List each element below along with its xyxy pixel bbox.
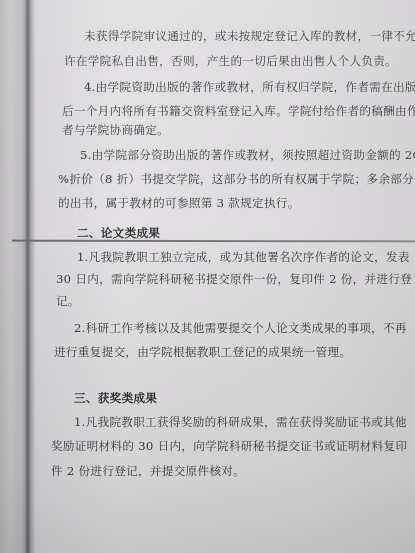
paragraph-line: 后一个月内将所有书籍交资料室登记入库。学院付给作者的稿酬由作 xyxy=(62,103,415,119)
paragraph-line: 进行重复提交，由学院根据教职工登记的成果统一管理。 xyxy=(54,344,351,360)
paragraph-line: 记。 xyxy=(56,293,80,309)
paragraph-line: 5.由学院部分资助出版的著作或教材，须按照超过资助金额的 20 xyxy=(80,147,415,163)
document-page: 未获得学院审议通过的，或未按规定登记入库的教材，一律不允 许在学院私自出售，否则… xyxy=(0,0,415,553)
section-divider xyxy=(12,240,415,242)
paragraph-line: 未获得学院审议通过的，或未按规定登记入库的教材，一律不允 xyxy=(84,28,415,44)
section-heading: 二、论文类成果 xyxy=(77,225,160,241)
paragraph-line: 1.凡我院教职工获得奖励的科研成果，需在获得奖励证书或其他 xyxy=(74,414,407,430)
paragraph-line: 者与学院协商确定。 xyxy=(62,122,169,138)
paragraph-line: 许在学院私自出售，否则，产生的一切后果由出售人个人负责。 xyxy=(64,53,397,69)
paragraph-line: 件 2 份进行登记，并提交原件核对。 xyxy=(51,463,245,479)
paragraph-line: 奖励证明材料的 30 日内，向学院科研秘书提交证书或证明材料复印 xyxy=(51,438,407,454)
paragraph-line: 30 日内，需向学院科研秘书提交原件一份，复印件 2 份，并进行登 xyxy=(56,271,412,287)
paragraph-line: 的出书，属于教材的可参照第 3 款规定执行。 xyxy=(58,195,300,211)
paragraph-line: %折价（8 折）书提交学院，这部分书的所有权属于学院；多余部分 xyxy=(58,171,414,187)
paragraph-line: 2.科研工作考核以及其他需要提交个人论文类成果的事项，不再 xyxy=(74,320,407,336)
paragraph-line: 4.由学院资助出版的著作或教材，所有权归学院，作者需在出版 xyxy=(84,79,415,95)
paragraph-line: 1.凡我院教职工独立完成，或为其他署名次序作者的论文，发表 xyxy=(77,249,410,265)
section-heading: 三、获奖类成果 xyxy=(74,390,157,406)
